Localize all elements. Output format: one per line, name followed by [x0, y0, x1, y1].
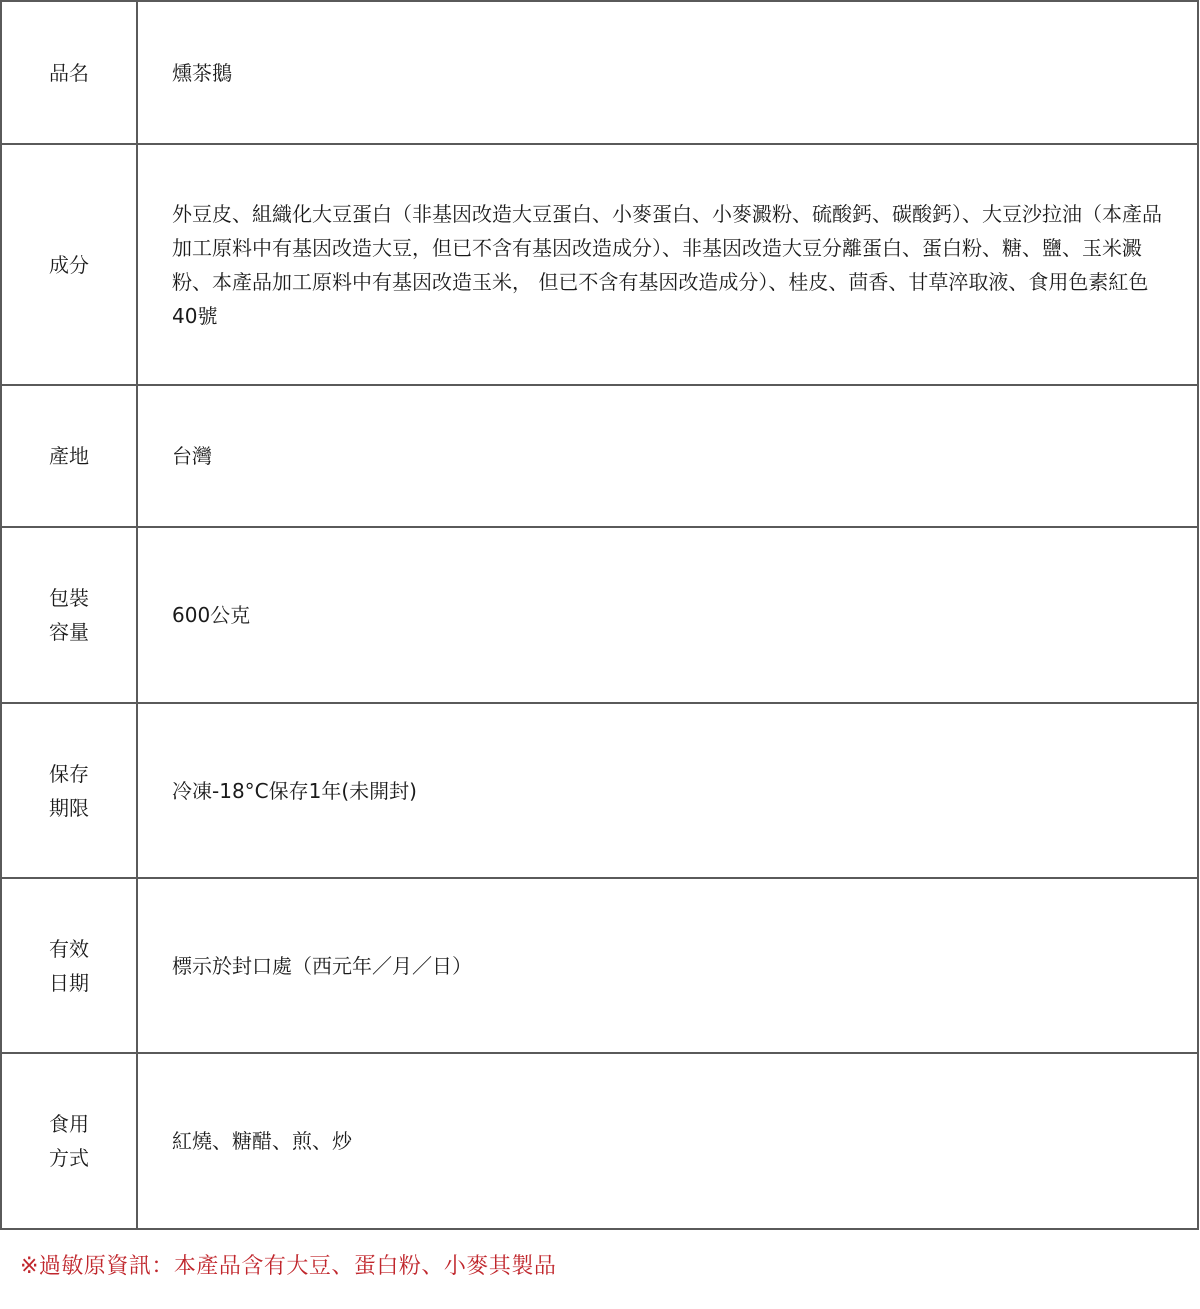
- spec-row-serving-method: 食用 方式 紅燒、糖醋、煎、炒: [1, 1053, 1198, 1229]
- row-label-line: 有效: [6, 932, 132, 966]
- row-label-line: 成分: [6, 248, 132, 282]
- row-value: 600公克: [137, 527, 1198, 703]
- row-label: 包裝 容量: [1, 527, 137, 703]
- spec-row-product-name: 品名 燻茶鵝: [1, 1, 1198, 144]
- row-label-line: 保存: [6, 757, 132, 791]
- row-label-line: 方式: [6, 1141, 132, 1175]
- row-label: 有效 日期: [1, 878, 137, 1053]
- row-label-line: 包裝: [6, 581, 132, 615]
- allergen-note: ※過敏原資訊：本產品含有大豆、蛋白粉、小麥其製品: [20, 1249, 556, 1285]
- spec-row-ingredients: 成分 外豆皮、組織化大豆蛋白（非基因改造大豆蛋白、小麥蛋白、小麥澱粉、硫酸鈣、碳…: [1, 144, 1198, 385]
- spec-row-origin: 產地 台灣: [1, 385, 1198, 527]
- row-value: 外豆皮、組織化大豆蛋白（非基因改造大豆蛋白、小麥蛋白、小麥澱粉、硫酸鈣、碳酸鈣）…: [137, 144, 1198, 385]
- row-label: 品名: [1, 1, 137, 144]
- row-label: 食用 方式: [1, 1053, 137, 1229]
- row-label-line: 期限: [6, 791, 132, 825]
- row-value: 冷凍-18°C保存1年(未開封): [137, 703, 1198, 878]
- row-label-line: 日期: [6, 966, 132, 1000]
- row-label-line: 容量: [6, 615, 132, 649]
- product-spec-table: 品名 燻茶鵝 成分 外豆皮、組織化大豆蛋白（非基因改造大豆蛋白、小麥蛋白、小麥澱…: [0, 0, 1199, 1230]
- row-label-line: 產地: [6, 439, 132, 473]
- row-label: 產地: [1, 385, 137, 527]
- row-label-line: 品名: [6, 56, 132, 90]
- row-label: 成分: [1, 144, 137, 385]
- row-value: 紅燒、糖醋、煎、炒: [137, 1053, 1198, 1229]
- row-label: 保存 期限: [1, 703, 137, 878]
- row-value: 標示於封口處（西元年／月／日）: [137, 878, 1198, 1053]
- row-value: 燻茶鵝: [137, 1, 1198, 144]
- row-value: 台灣: [137, 385, 1198, 527]
- row-label-line: 食用: [6, 1107, 132, 1141]
- spec-row-shelf-life: 保存 期限 冷凍-18°C保存1年(未開封): [1, 703, 1198, 878]
- spec-row-expiry-date: 有效 日期 標示於封口處（西元年／月／日）: [1, 878, 1198, 1053]
- spec-row-package-size: 包裝 容量 600公克: [1, 527, 1198, 703]
